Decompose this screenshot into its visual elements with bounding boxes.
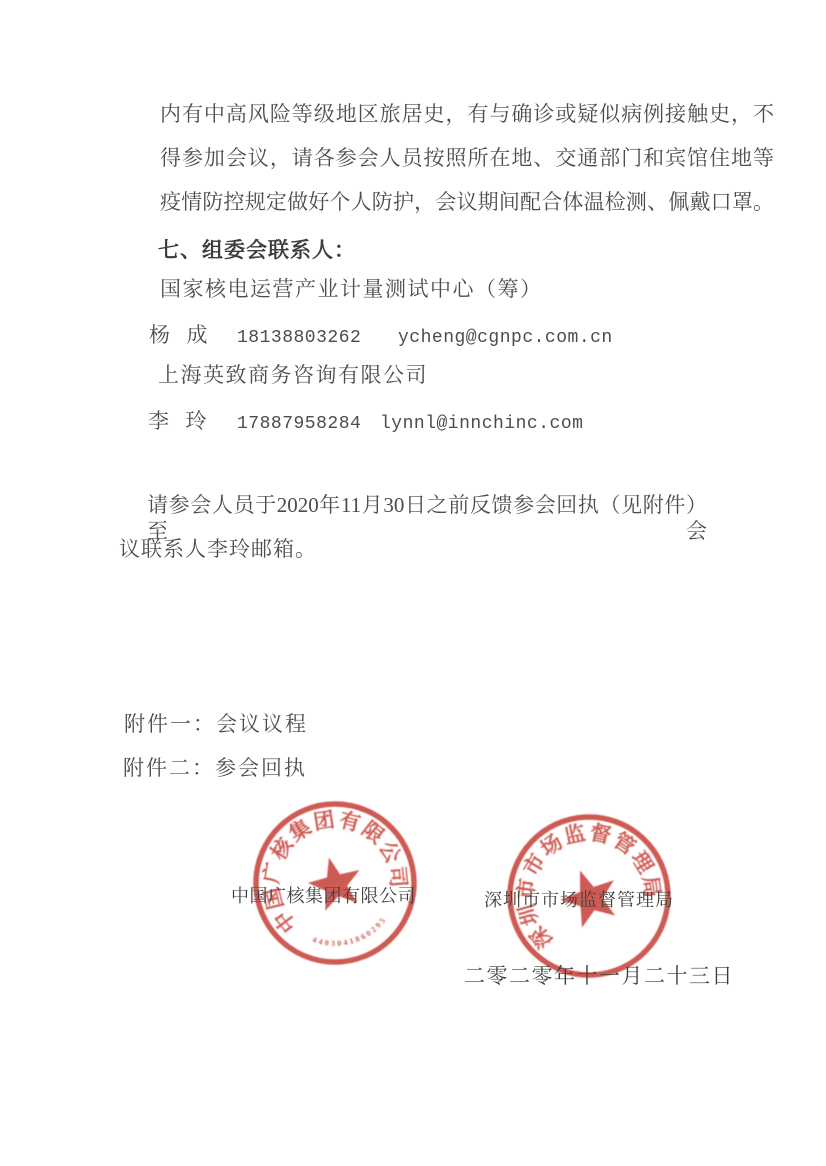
paragraph-line: 得参加会议，请各参会人员按照所在地、交通部门和宾馆住地等 [160,145,774,171]
paragraph-line: 内有中高风险等级地区旅居史，有与确诊或疑似病例接触史，不 [160,101,774,127]
contact-email: lynnl@innchinc.com [380,414,583,434]
contact-email: ycheng@cgnpc.com.cn [398,328,613,348]
contact-org: 国家核电运营产业计量测试中心（筹） [160,276,543,302]
contact-row: 李 玲 17887958284 lynnl@innchinc.com [148,405,583,435]
document-page: 内有中高风险等级地区旅居史，有与确诊或疑似病例接触史，不 得参加会议，请各参会人… [0,0,826,1166]
contact-row: 杨 成 18138803262 ycheng@cgnpc.com.cn [149,319,613,349]
company-signature-left: 中国广核集团有限公司 [231,882,416,908]
contact-phone: 18138803262 [237,328,398,348]
contact-name: 李 玲 [148,405,237,435]
contact-name: 杨 成 [149,319,237,349]
attachment-line: 附件二：参会回执 [123,752,307,782]
contact-org: 上海英致商务咨询有限公司 [158,362,428,388]
company-signature-right: 深圳市市场监督管理局 [484,886,674,912]
paragraph-line: 疫情防控规定做好个人防护，会议期间配合体温检测、佩戴口罩。 [160,189,774,215]
attachment-line: 附件一：会议议程 [124,708,308,738]
contact-phone: 17887958284 [237,414,380,434]
signature-date: 二零二零年十一月二十三日 [464,960,734,990]
section-heading: 七、组委会联系人： [158,234,356,264]
reply-paragraph-line: 议联系人李玲邮箱。 [119,536,317,562]
seal-serial: 4403041860295 [309,907,393,960]
